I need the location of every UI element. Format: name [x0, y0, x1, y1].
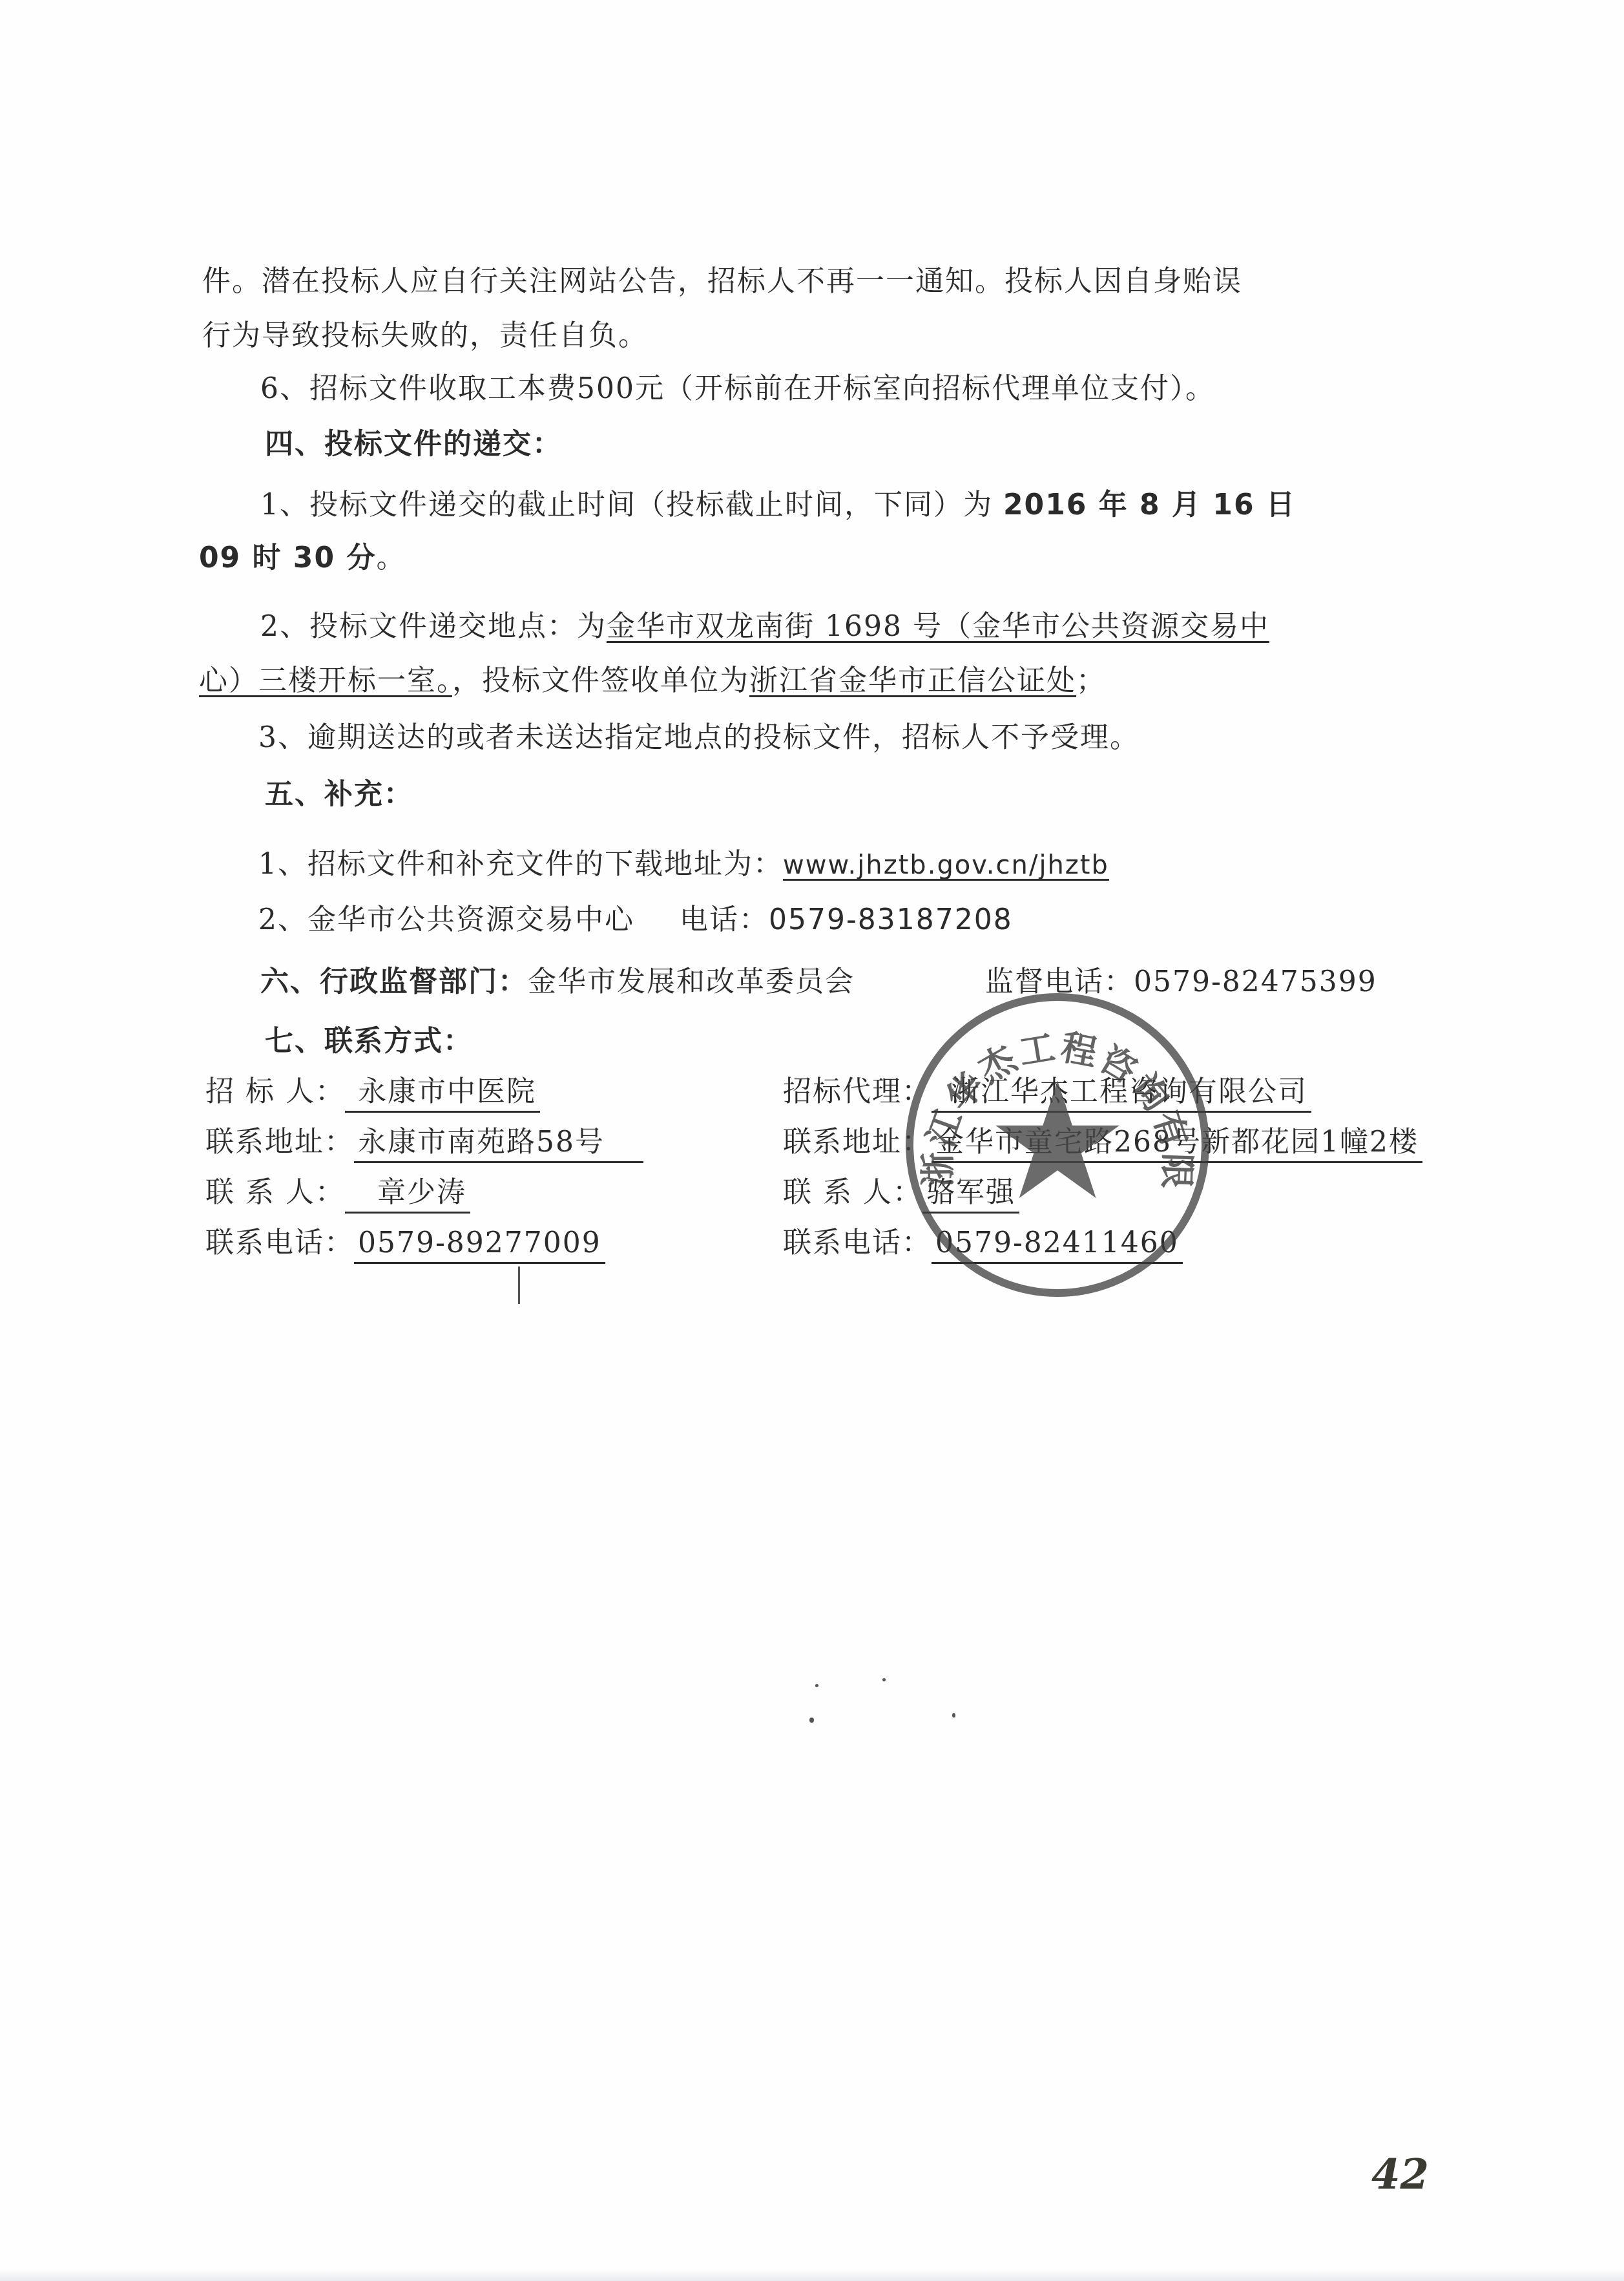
tenderer-name: 永康市中医院	[345, 1075, 540, 1113]
tenderer-name-row: 招 标 人：永康市中医院	[205, 1073, 540, 1113]
exchange-center-name: 2、金华市公共资源交易中心	[258, 903, 634, 936]
section-6: 六、行政监督部门：金华市发展和改革委员会	[260, 963, 855, 1002]
tenderer-address-row: 联系地址：永康市南苑路58号	[205, 1123, 643, 1163]
location-mid: ，投标文件签收单位为	[452, 664, 749, 697]
deadline-prefix: 1、投标文件递交的截止时间（投标截止时间，下同）为	[260, 489, 1003, 521]
section-6-heading: 六、行政监督部门：	[260, 965, 528, 998]
receiver-org: 浙江省金华市正信公证处	[749, 664, 1076, 697]
section-4-item-1: 1、投标文件递交的截止时间（投标截止时间，下同）为 2016 年 8 月 16 …	[260, 486, 1296, 525]
seal-arc-text: 浙江华杰工程咨询有限公司	[913, 1001, 1202, 1289]
document-page: 件。潜在投标人应自行关注网站公告，招标人不再一一通知。投标人因自身贻误 行为导致…	[0, 0, 1624, 2281]
tenderer-contact-row: 联 系 人：章少涛	[205, 1173, 470, 1214]
download-url-link[interactable]: www.jhztb.gov.cn/jhztb	[783, 850, 1109, 880]
location-address-1: 金华市双龙南街 1698 号（金华市公共资源交易中	[607, 610, 1269, 643]
tenderer-phone: 0579-89277009	[354, 1226, 605, 1264]
page-number: 42	[1371, 2150, 1429, 2199]
company-seal: ★ 浙江华杰工程咨询有限公司	[906, 993, 1209, 1297]
exchange-center-phone: 0579-83187208	[769, 903, 1013, 936]
tenderer-name-label: 招 标 人：	[205, 1073, 345, 1111]
tenderer-phone-row: 联系电话：0579-89277009	[205, 1224, 605, 1264]
deadline-end: 。	[376, 541, 406, 574]
location-end: ；	[1076, 664, 1106, 697]
section-5-heading: 五、补充：	[265, 775, 413, 814]
section-4-item-2-cont: 心）三楼开标一室。，投标文件签收单位为浙江省金华市正信公证处；	[199, 662, 1106, 700]
svg-text:浙江华杰工程咨询有限公司: 浙江华杰工程咨询有限公司	[913, 1001, 1198, 1192]
tenderer-address-label: 联系地址：	[205, 1123, 354, 1162]
tenderer-contact-label: 联 系 人：	[205, 1173, 345, 1212]
section-5-item-1: 1、招标文件和补充文件的下载地址为：www.jhztb.gov.cn/jhztb	[258, 845, 1109, 885]
section-5-item-2: 2、金华市公共资源交易中心电话：0579-83187208	[258, 901, 1013, 940]
tenderer-phone-label: 联系电话：	[205, 1224, 354, 1263]
stray-mark	[518, 1267, 520, 1304]
location-prefix: 2、投标文件递交地点：为	[260, 610, 607, 643]
item-6-fee: 6、招标文件收取工本费500元（开标前在开标室向招标代理单位支付）。	[260, 370, 1215, 408]
tenderer-address: 永康市南苑路58号	[354, 1125, 643, 1163]
section-4-heading: 四、投标文件的递交：	[265, 425, 562, 464]
section-4-item-2: 2、投标文件递交地点：为金华市双龙南街 1698 号（金华市公共资源交易中	[260, 607, 1269, 646]
exchange-center-phone-label: 电话：	[680, 903, 769, 936]
supervision-phone: 0579-82475399	[1134, 965, 1377, 998]
scan-speck	[952, 1713, 955, 1718]
tenderer-contact: 章少涛	[345, 1175, 470, 1214]
agent-name-label: 招标代理：	[783, 1073, 932, 1111]
continuation-line-1: 件。潜在投标人应自行关注网站公告，招标人不再一一通知。投标人因自身贻误	[202, 262, 1242, 301]
deadline-date: 2016 年 8 月 16 日	[1003, 489, 1296, 521]
supervision-dept: 金华市发展和改革委员会	[528, 965, 855, 998]
scan-edge-shadow	[0, 2269, 1624, 2281]
deadline-time: 09 时 30 分	[199, 541, 376, 574]
scan-speck	[809, 1718, 814, 1723]
download-prefix: 1、招标文件和补充文件的下载地址为：	[258, 848, 783, 881]
agent-phone-label: 联系电话：	[783, 1224, 932, 1263]
section-7-heading: 七、联系方式：	[265, 1022, 473, 1061]
location-address-2: 心）三楼开标一室。	[199, 664, 452, 697]
scan-speck	[815, 1684, 818, 1687]
scan-speck	[882, 1678, 886, 1681]
section-4-item-3: 3、逾期送达的或者未送达指定地点的投标文件，招标人不予受理。	[258, 719, 1140, 757]
section-4-item-1-cont: 09 时 30 分。	[199, 539, 406, 578]
seal-company-name: 浙江华杰工程咨询有限公司	[913, 1001, 1198, 1192]
agent-contact-label: 联 系 人：	[783, 1173, 922, 1212]
continuation-line-2: 行为导致投标失败的，责任自负。	[202, 317, 648, 355]
